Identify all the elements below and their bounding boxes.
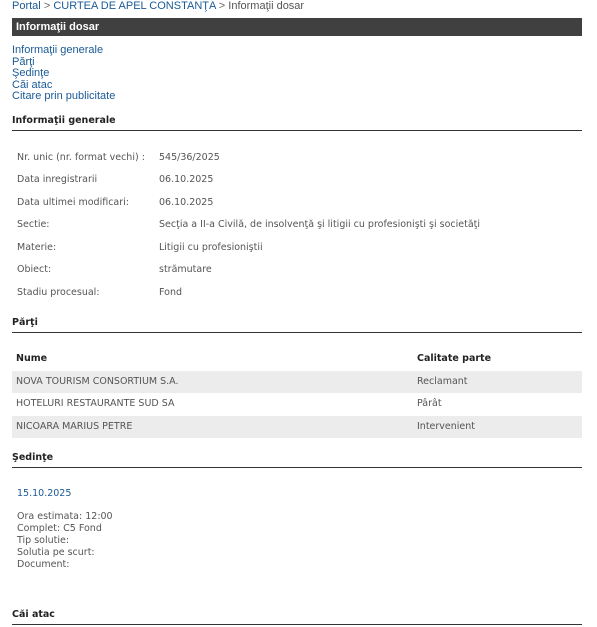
info-label: Data inregistrarii <box>17 174 97 186</box>
party-name: NICOARA MARIUS PETRE <box>16 421 132 433</box>
info-value: strămutare <box>159 264 212 276</box>
page-title-bar: Informaţii dosar <box>12 18 582 36</box>
info-label: Sectie: <box>17 219 50 231</box>
nav-link-informatii-generale[interactable]: Informaţii generale <box>12 45 115 57</box>
info-value: 545/36/2025 <box>159 152 220 164</box>
party-role: Intervenient <box>417 421 475 433</box>
info-label: Obiect: <box>17 264 51 276</box>
breadcrumb-portal-link[interactable]: Portal <box>12 0 41 12</box>
party-name: NOVA TOURISM CONSORTIUM S.A. <box>16 376 179 388</box>
info-label: Materie: <box>17 242 56 254</box>
info-value: 06.10.2025 <box>159 174 213 186</box>
party-role: Reclamant <box>417 376 468 388</box>
info-label: Nr. unic (nr. format vechi) : <box>17 152 145 164</box>
column-header-nume: Nume <box>16 353 47 365</box>
party-role: Pârât <box>417 398 442 410</box>
hearing-tip-solutie: Tip solutie: <box>17 535 113 547</box>
info-label: Data ultimei modificari: <box>17 197 129 209</box>
party-name: HOTELURI RESTAURANTE SUD SA <box>16 398 174 410</box>
hearing-details: Ora estimata: 12:00 Complet: C5 Fond Tip… <box>17 511 113 571</box>
breadcrumb-current: Informaţii dosar <box>228 0 304 12</box>
breadcrumb-court-link[interactable]: CURTEA DE APEL CONSTANŢA <box>53 0 215 12</box>
table-row: NOVA TOURISM CONSORTIUM S.A. Reclamant <box>12 371 582 393</box>
info-label: Stadiu procesual: <box>17 287 100 299</box>
breadcrumb-separator: > <box>44 0 50 12</box>
section-title-informatii-generale: Informaţii generale <box>12 115 582 131</box>
hearing-ora-estimata: Ora estimata: 12:00 <box>17 511 113 523</box>
section-title-sedinte: Şedinţe <box>12 452 582 468</box>
hearing-complet: Complet: C5 Fond <box>17 523 113 535</box>
breadcrumb-separator: > <box>219 0 225 12</box>
section-title-parti: Părţi <box>12 317 582 333</box>
table-row: HOTELURI RESTAURANTE SUD SA Pârât <box>12 393 582 415</box>
nav-link-sedinte[interactable]: Şedinţe <box>12 68 115 80</box>
info-value: Litigii cu profesioniştii <box>159 242 263 254</box>
hearing-date-link[interactable]: 15.10.2025 <box>17 488 71 500</box>
nav-link-citare-prin-publicitate[interactable]: Citare prin publicitate <box>12 91 115 103</box>
hearing-solutia-pe-scurt: Solutia pe scurt: <box>17 547 113 559</box>
table-row: NICOARA MARIUS PETRE Intervenient <box>12 416 582 438</box>
info-value: Fond <box>159 287 182 299</box>
section-title-cai-atac: Căi atac <box>12 609 582 625</box>
column-header-calitate-parte: Calitate parte <box>417 353 491 365</box>
info-value: 06.10.2025 <box>159 197 213 209</box>
breadcrumb: Portal > CURTEA DE APEL CONSTANŢA > Info… <box>12 0 304 13</box>
hearing-document: Document: <box>17 559 113 571</box>
page-title: Informaţii dosar <box>16 20 99 34</box>
info-value: Secţia a II-a Civilă, de insolvenţă şi l… <box>159 219 480 231</box>
section-nav: Informaţii generale Părţi Şedinţe Căi at… <box>12 45 115 103</box>
